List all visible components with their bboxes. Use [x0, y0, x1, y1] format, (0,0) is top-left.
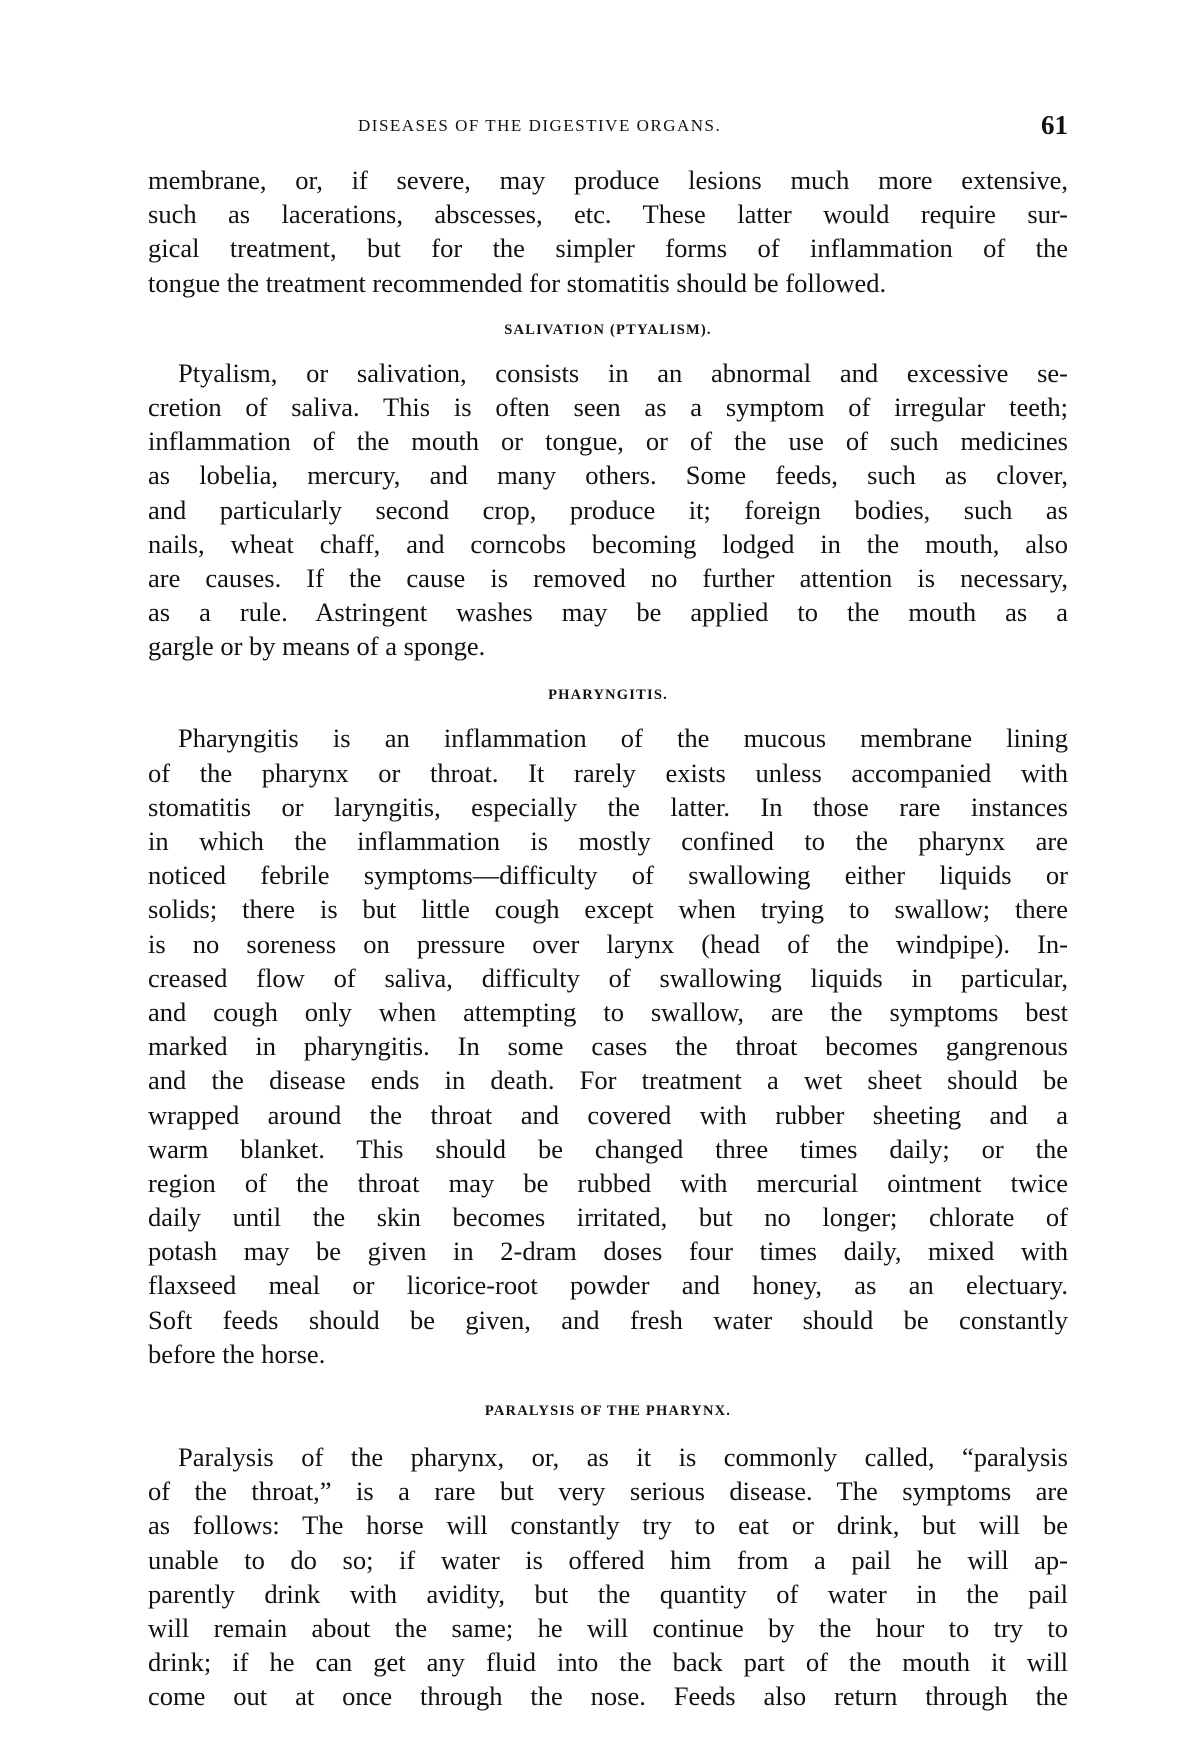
paragraph-paralysis-of-pharynx: Paralysis of the pharynx, or, as it is c…: [148, 1440, 1068, 1714]
text-line: and cough only when attempting to swallo…: [148, 995, 1068, 1029]
text-line: are causes. If the cause is removed no f…: [148, 561, 1068, 595]
section-heading-paralysis-of-pharynx: Paralysis of the Pharynx.: [148, 1403, 1068, 1420]
text-line: noticed febrile symptoms—difficulty of s…: [148, 858, 1068, 892]
running-title: Diseases of the Digestive Organs.: [358, 116, 721, 136]
text-line: drink; if he can get any fluid into the …: [148, 1645, 1068, 1679]
text-line: daily until the skin becomes irritated, …: [148, 1200, 1068, 1234]
text-line: Pharyngitis is an inflammation of the mu…: [148, 721, 1068, 755]
text-line: marked in pharyngitis. In some cases the…: [148, 1029, 1068, 1063]
page-body: membrane, or, if severe, may produce les…: [148, 163, 1068, 1714]
text-line: unable to do so; if water is offered him…: [148, 1543, 1068, 1577]
text-line: before the horse.: [148, 1337, 1068, 1371]
text-line: flaxseed meal or licorice-root powder an…: [148, 1268, 1068, 1302]
paragraph-salivation: Ptyalism, or salivation, consists in an …: [148, 356, 1068, 664]
text-line: parently drink with avidity, but the qua…: [148, 1577, 1068, 1611]
text-line: Soft feeds should be given, and fresh wa…: [148, 1303, 1068, 1337]
text-line: membrane, or, if severe, may produce les…: [148, 163, 1068, 197]
text-line: as follows: The horse will constantly tr…: [148, 1508, 1068, 1542]
text-line: will remain about the same; he will cont…: [148, 1611, 1068, 1645]
text-line: in which the inflammation is mostly conf…: [148, 824, 1068, 858]
text-line: solids; there is but little cough except…: [148, 892, 1068, 926]
text-line: come out at once through the nose. Feeds…: [148, 1679, 1068, 1713]
section-heading-pharyngitis: Pharyngitis.: [148, 687, 1068, 704]
text-line: cretion of saliva. This is often seen as…: [148, 390, 1068, 424]
text-line: as lobelia, mercury, and many others. So…: [148, 458, 1068, 492]
page-number: 61: [1041, 110, 1068, 141]
text-line: potash may be given in 2-dram doses four…: [148, 1234, 1068, 1268]
text-line: is no soreness on pressure over larynx (…: [148, 927, 1068, 961]
paragraph-stomatitis-continuation: membrane, or, if severe, may produce les…: [148, 163, 1068, 300]
text-line: of the throat,” is a rare but very serio…: [148, 1474, 1068, 1508]
text-line: warm blanket. This should be changed thr…: [148, 1132, 1068, 1166]
text-line: inflammation of the mouth or tongue, or …: [148, 424, 1068, 458]
text-line: as a rule. Astringent washes may be appl…: [148, 595, 1068, 629]
text-line: stomatitis or laryngitis, especially the…: [148, 790, 1068, 824]
text-line: gical treatment, but for the simpler for…: [148, 231, 1068, 265]
section-heading-salivation: Salivation (Ptyalism).: [148, 322, 1068, 339]
text-line: and particularly second crop, produce it…: [148, 493, 1068, 527]
text-line: and the disease ends in death. For treat…: [148, 1063, 1068, 1097]
text-line: nails, wheat chaff, and corncobs becomin…: [148, 527, 1068, 561]
text-line: region of the throat may be rubbed with …: [148, 1166, 1068, 1200]
text-line: such as lacerations, abscesses, etc. The…: [148, 197, 1068, 231]
text-line: wrapped around the throat and covered wi…: [148, 1098, 1068, 1132]
text-line: creased flow of saliva, difficulty of sw…: [148, 961, 1068, 995]
text-line: tongue the treatment recommended for sto…: [148, 266, 1068, 300]
text-line: Ptyalism, or salivation, consists in an …: [148, 356, 1068, 390]
text-line: Paralysis of the pharynx, or, as it is c…: [148, 1440, 1068, 1474]
running-head: Diseases of the Digestive Organs. 61: [148, 112, 1068, 142]
text-line: gargle or by means of a sponge.: [148, 629, 1068, 663]
text-line: of the pharynx or throat. It rarely exis…: [148, 756, 1068, 790]
paragraph-pharyngitis: Pharyngitis is an inflammation of the mu…: [148, 721, 1068, 1371]
